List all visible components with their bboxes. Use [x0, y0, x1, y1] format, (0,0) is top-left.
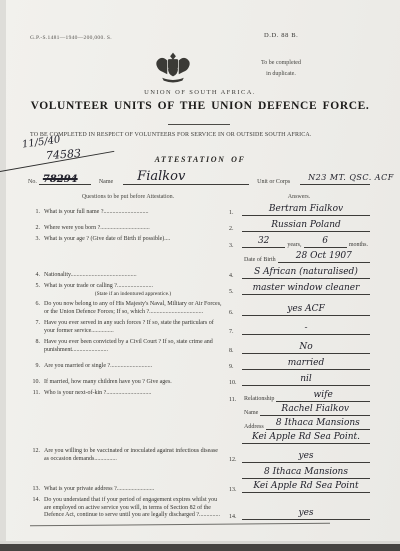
- age-line: 3. 32 years, 6 months.: [242, 236, 370, 248]
- question-text: What is your trade or calling ?.........…: [44, 283, 222, 297]
- next-of-kin-address-line-2: Kei Apple Rd Sea Point.: [242, 432, 370, 444]
- next-of-kin-address-line: Address 8 Ithaca Mansions: [242, 418, 370, 430]
- answer-number: 13.: [229, 487, 237, 493]
- identity-row: No. 78294 Name Fialkov Unit or Corps N23…: [28, 172, 370, 185]
- question-row-5: 5.What is your trade or calling ?.......…: [28, 283, 370, 297]
- answer-line: 14.yes: [242, 508, 370, 520]
- handwritten-answer: yes: [242, 508, 370, 518]
- questions-header: Questions to be put before Attestation.: [28, 194, 228, 200]
- title-divider: [168, 124, 230, 125]
- answer-line: 2.Russian Poland: [242, 220, 370, 232]
- question-row-4: 4.Nationality...........................…: [28, 267, 370, 279]
- answer-line: 7.-: [242, 323, 370, 335]
- question-note: (State if an indentured apprentice.): [44, 291, 222, 298]
- question-number: 14.: [28, 497, 40, 520]
- completion-note: TO BE COMPLETED IN RESPECT OF VOLUNTEERS…: [30, 132, 312, 138]
- years-label: years,: [287, 242, 301, 248]
- question-row-11: 11.Who is your next-of-kin ?............…: [28, 390, 370, 444]
- question-number: 4.: [28, 272, 40, 280]
- answer-number: 12.: [229, 457, 237, 463]
- years-blank: 32: [242, 236, 285, 248]
- relationship-line: 11. Relationship wife: [242, 390, 370, 402]
- question-text: Where were you born ?...................…: [44, 225, 222, 233]
- handwritten-private-address-2: Kei Apple Rd Sea Point: [242, 481, 370, 491]
- handwritten-unit: N23 MT. QSC. ACF: [308, 173, 394, 182]
- handwritten-answer: No: [242, 342, 370, 352]
- question-number: 5.: [28, 283, 40, 297]
- question-row-9: 9.Are you married or single ?...........…: [28, 358, 370, 370]
- answer-number: 7.: [229, 329, 234, 335]
- union-of-south-africa-coat-of-arms-icon: [150, 49, 196, 90]
- question-text: If married, how many children have you ?…: [44, 379, 222, 387]
- question-text: Are you willing to be vaccinated or inoc…: [44, 448, 222, 463]
- no-label: No.: [28, 179, 37, 185]
- answer-number: 11.: [229, 397, 236, 403]
- relationship-blank: wife: [276, 390, 370, 402]
- no-line: 78294: [39, 172, 91, 185]
- name-line: Fialkov: [123, 172, 249, 185]
- answer-line: 10.nil: [242, 374, 370, 386]
- question-number: 3.: [28, 236, 40, 244]
- question-number: 1.: [28, 209, 40, 217]
- private-address-line-2: 13.Kei Apple Rd Sea Point: [242, 481, 370, 493]
- question-text: Do you understand that if your period of…: [44, 497, 222, 520]
- handwritten-dob: 28 Oct 1907: [278, 251, 370, 261]
- question-row-3: 3.What is your age ? (Give date of Birth…: [28, 236, 370, 263]
- question-row-10: 10.If married, how many children have yo…: [28, 374, 370, 386]
- scan-bottom-edge: [0, 544, 400, 551]
- question-text: Are you married or single ?.............…: [44, 363, 222, 371]
- question-row-2: 2.Where were you born ?.................…: [28, 220, 370, 232]
- handwritten-months: 6: [304, 236, 347, 246]
- handwritten-answer: S African (naturalised): [242, 267, 370, 277]
- question-number: 6.: [28, 301, 40, 316]
- question-text: Have you ever been convicted by a Civil …: [44, 339, 222, 354]
- question-number: 13.: [28, 486, 40, 494]
- handwritten-answer: nil: [242, 374, 370, 384]
- question-number: 9.: [28, 363, 40, 371]
- nok-name-blank: Rachel Fialkov: [260, 404, 370, 416]
- nok-address-blank-2: Kei Apple Rd Sea Point.: [242, 432, 370, 444]
- name-label: Name: [99, 179, 113, 185]
- answers-header: Answers.: [228, 194, 370, 200]
- struck-out-number: 78294: [43, 174, 78, 185]
- handwritten-answer: master window cleaner: [242, 283, 370, 293]
- question-number: 2.: [28, 225, 40, 233]
- answer-number: 4.: [229, 273, 234, 279]
- question-text: What is your full name ?................…: [44, 209, 222, 217]
- question-row-13: 13.What is your private address ?.......…: [28, 467, 370, 493]
- answer-number: 2.: [229, 226, 234, 232]
- scan-left-edge: [0, 0, 6, 551]
- answer-number: 10.: [229, 380, 237, 386]
- handwritten-answer: yes: [242, 451, 370, 461]
- question-number: 7.: [28, 320, 40, 335]
- questions-and-answers: Questions to be put before Attestation. …: [28, 194, 370, 524]
- unit-line: N23 MT. QSC. ACF: [300, 172, 370, 185]
- question-text: What is your age ? (Give date of Birth i…: [44, 236, 222, 244]
- handwritten-surname: Fialkov: [137, 169, 185, 184]
- country-name: UNION OF SOUTH AFRICA.: [0, 89, 400, 96]
- unit-label: Unit or Corps: [257, 179, 290, 185]
- answer-line: 4.S African (naturalised): [242, 267, 370, 279]
- question-row-1: 1.What is your full name ?..............…: [28, 204, 370, 216]
- form-number: D.D. 88 B.: [264, 32, 298, 39]
- answer-number: 6.: [229, 310, 234, 316]
- question-row-7: 7.Have you ever served in any such force…: [28, 320, 370, 335]
- answer-line: 1.Bertram Fialkov: [242, 204, 370, 216]
- handwritten-years: 32: [242, 236, 285, 246]
- answer-number: 5.: [229, 289, 234, 295]
- months-blank: 6: [304, 236, 347, 248]
- date-of-birth-line: Date of Birth 28 Oct 1907: [242, 251, 370, 263]
- question-number: 12.: [28, 448, 40, 463]
- question-main-text: What is your trade or calling ?.........…: [44, 283, 153, 289]
- question-text: Who is your next-of-kin ?...............…: [44, 390, 222, 398]
- scanned-attestation-form: G.P.-S.1481—1940—200,000. S. D.D. 88 B. …: [0, 0, 400, 551]
- handwritten-answer: married: [242, 358, 370, 368]
- question-row-12: 12.Are you willing to be vaccinated or i…: [28, 448, 370, 463]
- answer-line: 6.yes ACF: [242, 304, 370, 316]
- handwritten-answer: yes ACF: [242, 304, 370, 314]
- private-address-line-1: 8 Ithaca Mansions: [242, 467, 370, 479]
- question-row-14: 14.Do you understand that if your period…: [28, 497, 370, 520]
- question-text: Have you ever served in any such forces …: [44, 320, 222, 335]
- answer-line: 9.married: [242, 358, 370, 370]
- form-title: VOLUNTEER UNITS OF THE UNION DEFENCE FOR…: [0, 100, 400, 112]
- duplicate-note-line2: in duplicate.: [248, 69, 314, 80]
- print-code: G.P.-S.1481—1940—200,000. S.: [30, 35, 112, 41]
- duplicate-note-line1: To be completed: [248, 58, 314, 69]
- attestation-heading: ATTESTATION OF: [0, 155, 400, 164]
- nok-name-label: Name: [244, 410, 258, 416]
- handwritten-answer: Bertram Fialkov: [242, 204, 370, 214]
- next-of-kin-name-line: Name Rachel Fialkov: [242, 404, 370, 416]
- dob-label: Date of Birth: [244, 257, 276, 263]
- question-text: What is your private address ?..........…: [44, 486, 222, 494]
- handwritten-nok-address-1: 8 Ithaca Mansions: [266, 418, 370, 428]
- question-number: 11.: [28, 390, 40, 398]
- handwritten-nok-name: Rachel Fialkov: [260, 404, 370, 414]
- answer-number: 9.: [229, 364, 234, 370]
- answer-number: 14.: [229, 514, 237, 520]
- answer-number: 3.: [229, 243, 234, 249]
- duplicate-note: To be completed in duplicate.: [248, 58, 314, 81]
- question-row-6: 6.Do you now belong to any of His Majest…: [28, 301, 370, 316]
- handwritten-answer: Russian Poland: [242, 220, 370, 230]
- handwritten-nok-address-2: Kei Apple Rd Sea Point.: [242, 432, 370, 442]
- relationship-label: Relationship: [244, 396, 274, 402]
- answer-line: 8.No: [242, 342, 370, 354]
- qa-column-headers: Questions to be put before Attestation. …: [28, 194, 370, 200]
- nok-address-blank: 8 Ithaca Mansions: [266, 418, 370, 430]
- months-label: months.: [349, 242, 368, 248]
- question-number: 10.: [28, 379, 40, 387]
- nok-address-label: Address: [244, 424, 264, 430]
- answer-line: 5.master window cleaner: [242, 283, 370, 295]
- handwritten-private-address-1: 8 Ithaca Mansions: [242, 467, 370, 477]
- question-row-8: 8.Have you ever been convicted by a Civi…: [28, 339, 370, 354]
- question-text: Nationality.............................…: [44, 272, 222, 280]
- answer-number: 1.: [229, 210, 234, 216]
- dob-blank: 28 Oct 1907: [278, 251, 370, 263]
- question-number: 8.: [28, 339, 40, 354]
- question-text: Do you now belong to any of His Majesty'…: [44, 301, 222, 316]
- handwritten-relationship: wife: [276, 390, 370, 400]
- handwritten-answer: -: [242, 323, 370, 333]
- answer-line: 12.yes: [242, 451, 370, 463]
- answer-number: 8.: [229, 348, 234, 354]
